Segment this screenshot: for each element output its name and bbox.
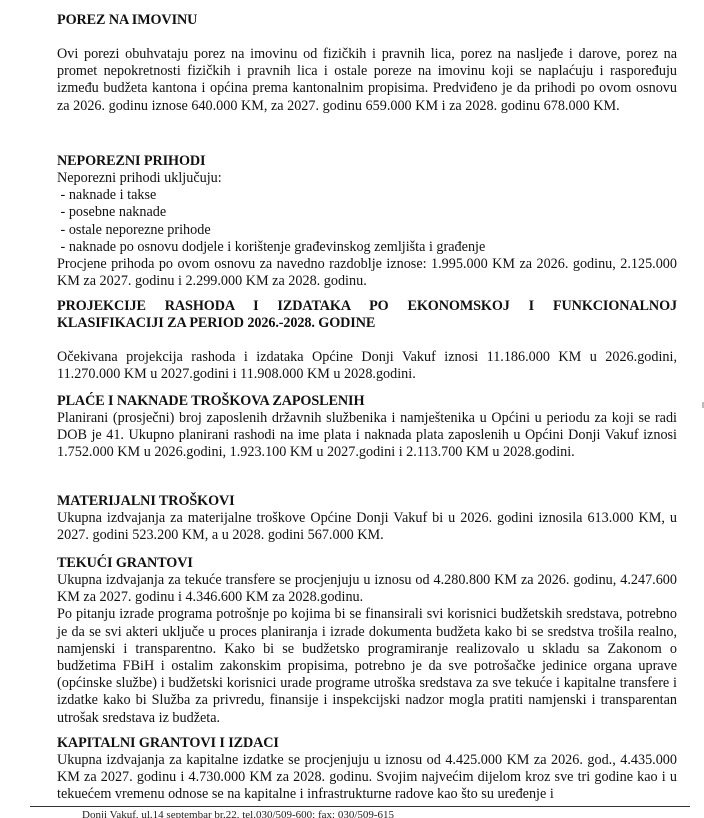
revenue-list: naknade i takse posebne naknade ostale n… [57, 187, 677, 256]
section-paragraph: Ovi porezi obuhvataju porez na imovinu o… [57, 46, 677, 115]
section-heading: PLAĆE I NAKNADE TROŠKOVA ZAPOSLENIH [57, 393, 677, 410]
section-paragraph: Planirani (prosječni) broj zaposlenih dr… [57, 410, 677, 462]
section-tekuci: TEKUĆI GRANTOVI Ukupna izdvajanja za tek… [57, 555, 677, 727]
section-heading: PROJEKCIJE RASHODA I IZDATAKA PO EKONOMS… [57, 298, 677, 332]
document-page: POREZ NA IMOVINU Ovi porezi obuhvataju p… [0, 0, 704, 818]
section-paragraph: Ukupna izdvajanja za materijalne troškov… [57, 510, 677, 544]
section-projekcije: PROJEKCIJE RASHODA I IZDATAKA PO EKONOMS… [57, 298, 677, 383]
section-heading: NEPOREZNI PRIHODI [57, 153, 677, 170]
section-kapitalni: KAPITALNI GRANTOVI I IZDACI Ukupna izdva… [57, 735, 677, 804]
section-heading: KAPITALNI GRANTOVI I IZDACI [57, 735, 677, 752]
section-neporezni-prihodi: NEPOREZNI PRIHODI Neporezni prihodi uklj… [57, 153, 677, 290]
section-place: PLAĆE I NAKNADE TROŠKOVA ZAPOSLENIH Plan… [57, 393, 677, 462]
section-heading: POREZ NA IMOVINU [57, 12, 677, 29]
list-item: ostale neporezne prihode [57, 222, 677, 239]
section-paragraph: Procjene prihoda po ovom osnovu za naved… [57, 256, 677, 290]
section-paragraph: Ukupna izdvajanja za tekuće transfere se… [57, 572, 677, 606]
footer-divider [30, 806, 690, 807]
section-heading: MATERIJALNI TROŠKOVI [57, 493, 677, 510]
section-porez-na-imovinu: POREZ NA IMOVINU Ovi porezi obuhvataju p… [57, 12, 677, 115]
list-item: posebne naknade [57, 204, 677, 221]
section-paragraph: Očekivana projekcija rashoda i izdataka … [57, 349, 677, 383]
footer-address: Donji Vakuf, ul.14 septembar br.22, tel.… [82, 809, 394, 818]
section-paragraph: Ukupna izdvajanja za kapitalne izdatke s… [57, 752, 677, 804]
section-heading: TEKUĆI GRANTOVI [57, 555, 677, 572]
list-item: naknade po osnovu dodjele i korištenje g… [57, 239, 677, 256]
section-paragraph: Po pitanju izrade programa potrošnje po … [57, 606, 677, 726]
list-item: naknade i takse [57, 187, 677, 204]
section-intro: Neporezni prihodi uključuju: [57, 170, 677, 187]
section-materijalni: MATERIJALNI TROŠKOVI Ukupna izdvajanja z… [57, 493, 677, 544]
